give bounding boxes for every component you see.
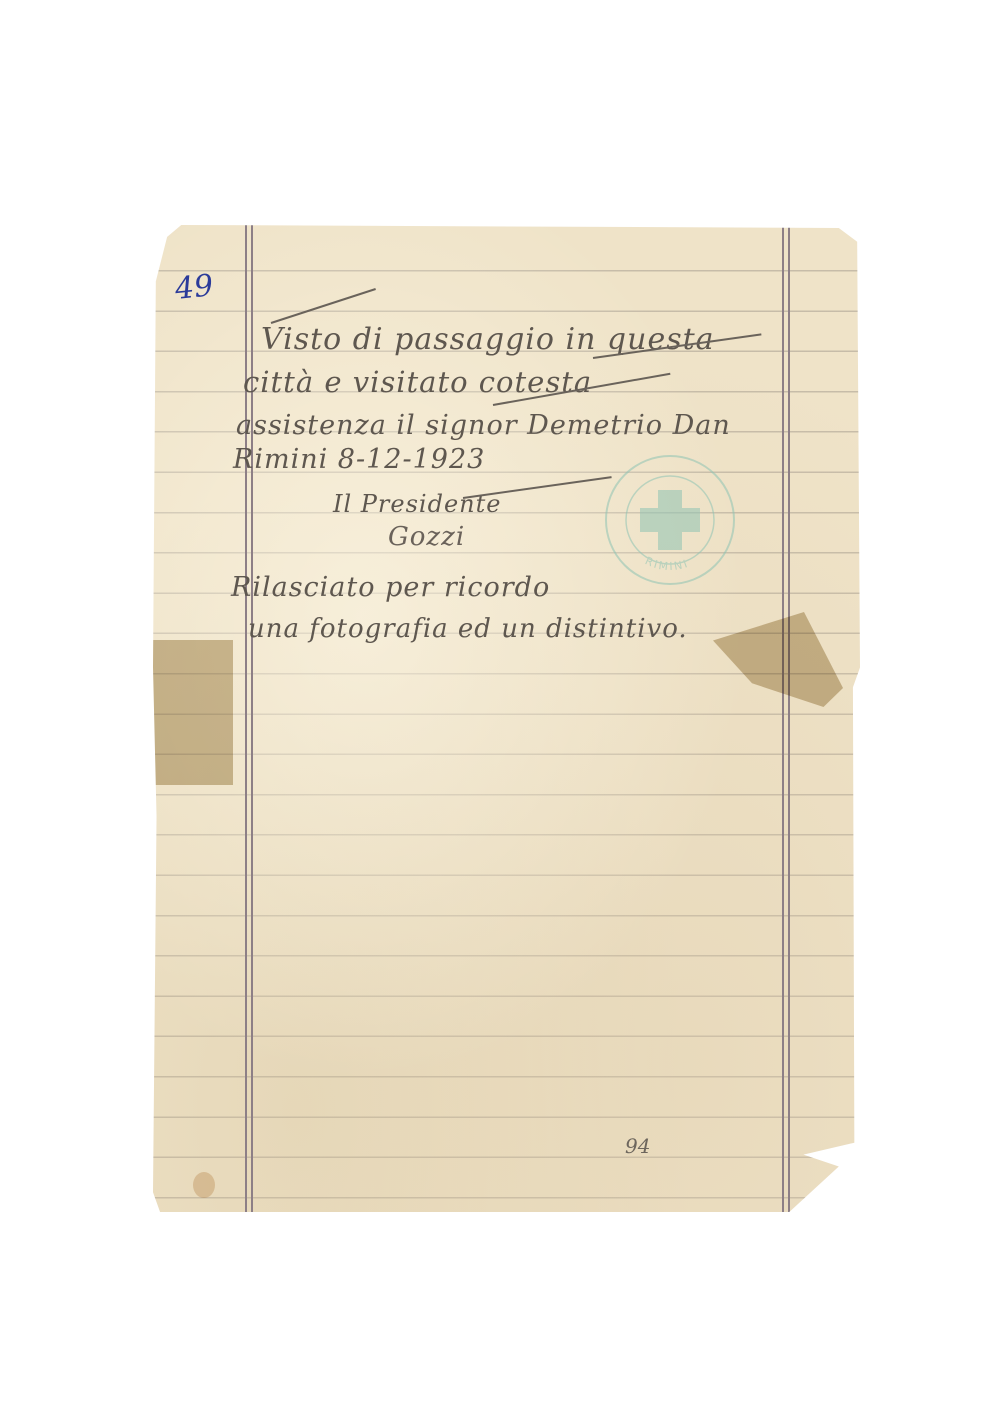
text-line-7: una fotografia ed un distintivo. — [248, 614, 688, 644]
signature: Gozzi — [388, 522, 465, 552]
margin-line-right-1 — [782, 222, 784, 1212]
document-page: 49 RIMINI Visto di passaggio in questa c… — [153, 222, 860, 1212]
text-line-6: Rilasciato per ricordo — [231, 572, 550, 603]
folio-mark: 49 — [173, 268, 215, 307]
text-line-3: assistenza il signor Demetrio Dan — [236, 410, 731, 441]
svg-text:RIMINI: RIMINI — [643, 554, 691, 573]
margin-line-right-2 — [788, 222, 790, 1212]
page-number: 94 — [625, 1134, 650, 1158]
tape-residue-left — [153, 640, 233, 785]
text-line-1: Visto di passaggio in questa — [261, 322, 715, 357]
date-line: Rimini 8-12-1923 — [233, 444, 485, 475]
text-line-2: città e visitato cotesta — [243, 365, 592, 399]
flourish-stroke — [271, 288, 376, 324]
stamp-cross-icon: RIMINI — [600, 450, 740, 590]
stain — [193, 1172, 215, 1198]
tape-residue-right — [713, 612, 843, 707]
flourish-stroke — [463, 476, 612, 499]
